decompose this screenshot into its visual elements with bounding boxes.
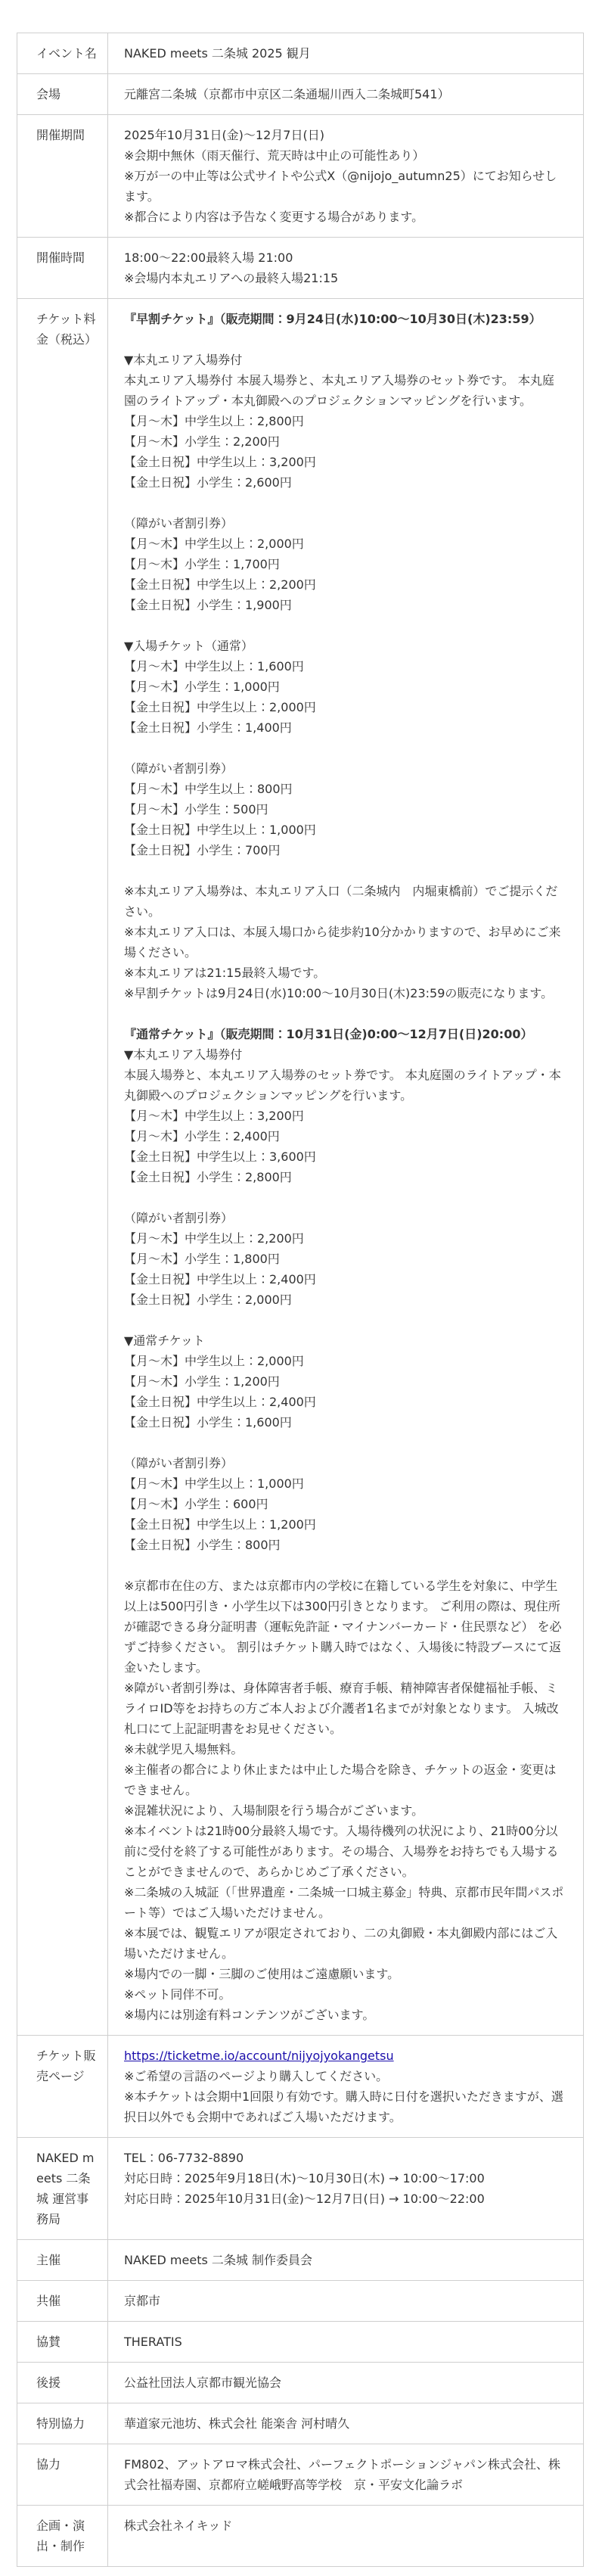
text-line: 【月～木】中学生以上：2,000円 <box>124 1351 565 1371</box>
table-body: イベント名NAKED meets 二条城 2025 観月会場元離宮二条城（京都市… <box>17 33 584 2567</box>
text-line: 【金土日祝】中学生以上：1,200円 <box>124 1514 565 1535</box>
row-label: チケット料金（税込） <box>17 299 108 2036</box>
blank-line <box>124 738 565 758</box>
event-info-table: イベント名NAKED meets 二条城 2025 観月会場元離宮二条城（京都市… <box>17 33 584 2567</box>
text-line: FM802、アットアロマ株式会社、パーフェクトポーションジャパン株式会社、株式会… <box>124 2454 565 2495</box>
text-line: 【月～木】中学生以上：2,800円 <box>124 411 565 431</box>
text-line: ▼本丸エリア入場券付 <box>124 350 565 370</box>
table-row: 協力FM802、アットアロマ株式会社、パーフェクトポーションジャパン株式会社、株… <box>17 2444 584 2506</box>
text-line: 【月～木】小学生：1,800円 <box>124 1249 565 1269</box>
text-line: 【月～木】小学生：500円 <box>124 799 565 820</box>
text-line: ▼入場チケット（通常） <box>124 636 565 656</box>
row-content: 京都市 <box>108 2281 584 2322</box>
text-line: 【金土日祝】小学生：2,800円 <box>124 1167 565 1187</box>
table-row: 開催時間18:00～22:00最終入場 21:00※会場内本丸エリアへの最終入場… <box>17 238 584 299</box>
table-row: NAKED meets 二条城 運営事務局TEL：06-7732-8890対応日… <box>17 2138 584 2240</box>
ticket-sales-page-link[interactable]: https://ticketme.io/account/nijyojyokang… <box>124 2046 394 2066</box>
text-line: ※万が一の中止等は公式サイトや公式X（@nijojo_autumn25）にてお知… <box>124 166 565 207</box>
text-line: 【金土日祝】小学生：1,900円 <box>124 595 565 615</box>
text-line: 【月～木】中学生以上：1,600円 <box>124 656 565 677</box>
text-line: ※本丸エリアは21:15最終入場です。 <box>124 963 565 983</box>
text-line: ※障がい者割引券は、身体障害者手帳、療育手帳、精神障害者保健福祉手帳、ミライロI… <box>124 1678 565 1739</box>
text-line: 公益社団法人京都市観光協会 <box>124 2372 565 2393</box>
text-line: 【月～木】小学生：1,000円 <box>124 677 565 697</box>
row-label: 協賛 <box>17 2322 108 2363</box>
row-label: 主催 <box>17 2240 108 2281</box>
ticket-section-heading: 『通常チケット』（販売期間：10月31日(金)0:00～12月7日(日)20:0… <box>124 1024 565 1044</box>
text-line: ※混雑状況により、入場制限を行う場合がございます。 <box>124 1800 565 1821</box>
text-line: NAKED meets 二条城 2025 観月 <box>124 43 565 64</box>
row-content: 華道家元池坊、株式会社 能楽舎 河村晴久 <box>108 2403 584 2444</box>
text-line: 【月～木】中学生以上：2,000円 <box>124 534 565 554</box>
text-line: ※主催者の都合により休止または中止した場合を除き、チケットの返金・変更はできませ… <box>124 1759 565 1800</box>
text-line: （障がい者割引券） <box>124 513 565 534</box>
text-line: 2025年10月31日(金)～12月7日(日) <box>124 125 565 145</box>
blank-line <box>124 860 565 881</box>
text-line: ※本チケットは会期中1回限り有効です。購入時に日付を選択いただきますが、選択日以… <box>124 2086 565 2127</box>
text-line: ※本展では、観覧エリアが限定されており、二の丸御殿・本丸御殿内部にはご入場いただ… <box>124 1923 565 1964</box>
row-label: 企画・演出・制作 <box>17 2506 108 2567</box>
table-row: 後援公益社団法人京都市観光協会 <box>17 2363 584 2403</box>
row-label: 後援 <box>17 2363 108 2403</box>
text-line: 【金土日祝】中学生以上：2,400円 <box>124 1269 565 1290</box>
text-line: 【金土日祝】小学生：1,600円 <box>124 1412 565 1433</box>
text-line: ▼通常チケット <box>124 1330 565 1351</box>
text-line: 【金土日祝】小学生：1,400円 <box>124 717 565 738</box>
row-label: 開催期間 <box>17 115 108 238</box>
blank-line <box>124 615 565 636</box>
text-line: 株式会社ネイキッド <box>124 2515 565 2536</box>
row-content: THERATIS <box>108 2322 584 2363</box>
text-line: ※ペット同伴不可。 <box>124 1984 565 2005</box>
text-line: ※場内での一脚・三脚のご使用はご遠慮願います。 <box>124 1964 565 1984</box>
text-line: 【月～木】中学生以上：800円 <box>124 779 565 799</box>
blank-line <box>124 1555 565 1576</box>
text-line: 【金土日祝】中学生以上：2,400円 <box>124 1392 565 1412</box>
row-label: 開催時間 <box>17 238 108 299</box>
text-line: 18:00～22:00最終入場 21:00 <box>124 247 565 268</box>
blank-line <box>124 1310 565 1330</box>
row-content: 『早割チケット』（販売期間：9月24日(水)10:00～10月30日(木)23:… <box>108 299 584 2036</box>
row-label: イベント名 <box>17 33 108 74</box>
text-line: ※本丸エリア入場券は、本丸エリア入口（二条城内 内堀東橋前）でご提示ください。 <box>124 881 565 922</box>
row-content: 18:00～22:00最終入場 21:00※会場内本丸エリアへの最終入場21:1… <box>108 238 584 299</box>
row-content: NAKED meets 二条城 2025 観月 <box>108 33 584 74</box>
blank-line <box>124 493 565 513</box>
row-label: 特別協力 <box>17 2403 108 2444</box>
text-line: 【金土日祝】中学生以上：3,200円 <box>124 452 565 472</box>
text-line: 対応日時：2025年9月18日(木)～10月30日(木) → 10:00～17:… <box>124 2168 565 2189</box>
table-row: 共催京都市 <box>17 2281 584 2322</box>
blank-line <box>124 329 565 350</box>
text-line: THERATIS <box>124 2332 565 2352</box>
table-row: チケット販売ページhttps://ticketme.io/account/nij… <box>17 2036 584 2138</box>
text-line: 【金土日祝】小学生：700円 <box>124 840 565 860</box>
text-line: 【金土日祝】中学生以上：2,000円 <box>124 697 565 717</box>
row-label: チケット販売ページ <box>17 2036 108 2138</box>
table-row: 特別協力華道家元池坊、株式会社 能楽舎 河村晴久 <box>17 2403 584 2444</box>
text-line: 【金土日祝】小学生：2,600円 <box>124 472 565 493</box>
text-line: 【金土日祝】中学生以上：2,200円 <box>124 574 565 595</box>
table-row: 企画・演出・制作株式会社ネイキッド <box>17 2506 584 2567</box>
text-line: （障がい者割引券） <box>124 1208 565 1228</box>
row-content: https://ticketme.io/account/nijyojyokang… <box>108 2036 584 2138</box>
table-row: 会場元離宮二条城（京都市中京区二条通堀川西入二条城町541） <box>17 74 584 115</box>
text-line: ※会場内本丸エリアへの最終入場21:15 <box>124 268 565 288</box>
blank-line <box>124 1433 565 1453</box>
text-line: 【月～木】小学生：1,700円 <box>124 554 565 574</box>
text-line: ※場内には別途有料コンテンツがございます。 <box>124 2005 565 2025</box>
text-line: 【月～木】小学生：2,400円 <box>124 1126 565 1146</box>
text-line: ※都合により内容は予告なく変更する場合があります。 <box>124 207 565 227</box>
text-line: 【月～木】小学生：1,200円 <box>124 1371 565 1392</box>
event-info-page: イベント名NAKED meets 二条城 2025 観月会場元離宮二条城（京都市… <box>0 0 605 2576</box>
text-line: ▼本丸エリア入場券付 <box>124 1044 565 1065</box>
table-row: イベント名NAKED meets 二条城 2025 観月 <box>17 33 584 74</box>
text-line: 京都市 <box>124 2291 565 2311</box>
text-line: ※早割チケットは9月24日(水)10:00～10月30日(木)23:59の販売に… <box>124 983 565 1003</box>
text-line: ※会期中無休（雨天催行、荒天時は中止の可能性あり） <box>124 145 565 166</box>
text-line: NAKED meets 二条城 制作委員会 <box>124 2250 565 2270</box>
text-line: （障がい者割引券） <box>124 1453 565 1473</box>
row-label: NAKED meets 二条城 運営事務局 <box>17 2138 108 2240</box>
text-line: 【月～木】中学生以上：3,200円 <box>124 1106 565 1126</box>
table-row: 協賛THERATIS <box>17 2322 584 2363</box>
text-line: 【月～木】小学生：600円 <box>124 1494 565 1514</box>
text-line: 本展入場券と、本丸エリア入場券のセット券です。 本丸庭園のライトアップ・本丸御殿… <box>124 1065 565 1106</box>
text-line: 【月～木】小学生：2,200円 <box>124 431 565 452</box>
text-line: 元離宮二条城（京都市中京区二条通堀川西入二条城町541） <box>124 84 565 104</box>
text-line: 【月～木】中学生以上：2,200円 <box>124 1228 565 1249</box>
ticket-section-heading: 『早割チケット』（販売期間：9月24日(水)10:00～10月30日(木)23:… <box>124 309 565 329</box>
text-line: ※未就学児入場無料。 <box>124 1739 565 1759</box>
row-content: 株式会社ネイキッド <box>108 2506 584 2567</box>
text-line: ※二条城の入城証（「世界遺産・二条城一口城主募金」特典、京都市民年間パスポート等… <box>124 1882 565 1923</box>
text-line: 【金土日祝】小学生：2,000円 <box>124 1290 565 1310</box>
text-line: 【金土日祝】小学生：800円 <box>124 1535 565 1555</box>
row-label: 会場 <box>17 74 108 115</box>
row-content: TEL：06-7732-8890対応日時：2025年9月18日(木)～10月30… <box>108 2138 584 2240</box>
text-line: 華道家元池坊、株式会社 能楽舎 河村晴久 <box>124 2413 565 2434</box>
row-content: NAKED meets 二条城 制作委員会 <box>108 2240 584 2281</box>
row-content: 2025年10月31日(金)～12月7日(日)※会期中無休（雨天催行、荒天時は中… <box>108 115 584 238</box>
text-line: ※ご希望の言語のページより購入してください。 <box>124 2066 565 2086</box>
text-line: 【金土日祝】中学生以上：1,000円 <box>124 820 565 840</box>
row-content: 公益社団法人京都市観光協会 <box>108 2363 584 2403</box>
link-line: https://ticketme.io/account/nijyojyokang… <box>124 2046 565 2066</box>
text-line: 本丸エリア入場券付 本展入場券と、本丸エリア入場券のセット券です。 本丸庭園のラ… <box>124 370 565 411</box>
blank-line <box>124 1003 565 1024</box>
text-line: ※本丸エリア入口は、本展入場口から徒歩約10分かかりますので、お早めにご来場くだ… <box>124 922 565 963</box>
blank-line <box>124 1187 565 1208</box>
text-line: 対応日時：2025年10月31日(金)～12月7日(日) → 10:00～22:… <box>124 2189 565 2209</box>
text-line: 【金土日祝】中学生以上：3,600円 <box>124 1146 565 1167</box>
table-row: 開催期間2025年10月31日(金)～12月7日(日)※会期中無休（雨天催行、荒… <box>17 115 584 238</box>
row-content: FM802、アットアロマ株式会社、パーフェクトポーションジャパン株式会社、株式会… <box>108 2444 584 2506</box>
table-row: 主催NAKED meets 二条城 制作委員会 <box>17 2240 584 2281</box>
row-content: 元離宮二条城（京都市中京区二条通堀川西入二条城町541） <box>108 74 584 115</box>
text-line: ※京都市在住の方、または京都市内の学校に在籍している学生を対象に、中学生以上は5… <box>124 1576 565 1678</box>
text-line: TEL：06-7732-8890 <box>124 2148 565 2168</box>
row-label: 共催 <box>17 2281 108 2322</box>
text-line: 【月～木】中学生以上：1,000円 <box>124 1473 565 1494</box>
row-label: 協力 <box>17 2444 108 2506</box>
text-line: ※本イベントは21時00分最終入場です。入場待機列の状況により、21時00分以前… <box>124 1821 565 1882</box>
table-row: チケット料金（税込）『早割チケット』（販売期間：9月24日(水)10:00～10… <box>17 299 584 2036</box>
text-line: （障がい者割引券） <box>124 758 565 779</box>
